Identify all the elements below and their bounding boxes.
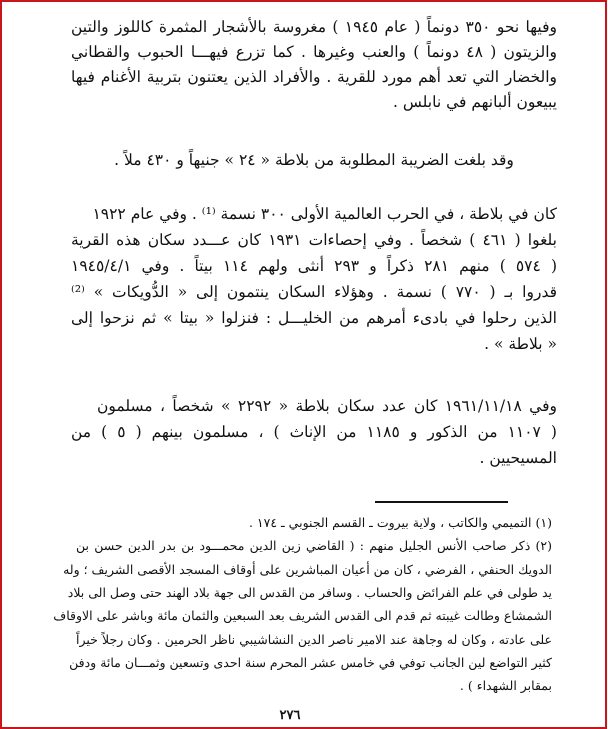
- body-line: قدروا بـ ( ٧٧٠ ) نسمة . وهؤلاء السكان ين…: [71, 281, 557, 303]
- body-line: « بلاطة » .: [71, 333, 557, 355]
- footnote-line: (١) التميمي والكاتب ، ولاية بيروت ـ القس…: [86, 513, 552, 533]
- body-line: ( ١١٠٧ من الذكور و ١١٨٥ من الإناث ) ، مس…: [71, 421, 557, 443]
- body-line: ( ٥٧٤ ) منهم ٢٨١ ذكراً و ٢٩٣ أنثى ولهم ١…: [71, 255, 557, 277]
- footnote-line: (٢) ذكر صاحب الأنس الجليل منهم : ( القاض…: [76, 536, 552, 556]
- body-line: يبيعون ألبانهم في نابلس .: [71, 91, 557, 113]
- footnote-separator: [375, 501, 508, 503]
- footnote-line: الدويك الحنفي ، الفرضي ، كان من أعيان ال…: [76, 560, 552, 580]
- body-line: كان في بلاطة ، في الحرب العالمية الأولى …: [97, 203, 557, 225]
- footnote-line: كثير التواضع لين الجانب توفي في خامس عشر…: [76, 653, 552, 673]
- footnote-line: الشمشاع وطالت غيبته ثم قدم الى القدس الش…: [76, 606, 552, 626]
- footnote-line: بمقابر الشهداء ) .: [76, 676, 552, 696]
- body-line: بلغوا ( ٤٦١ ) شخصاً . وفي إحصاءات ١٩٣١ ك…: [71, 229, 557, 251]
- book-page: وفيها نحو ٣٥٠ دونماً ( عام ١٩٤٥ ) مغروسة…: [0, 0, 608, 729]
- body-line: وقد بلغت الضريبة المطلوبة من بلاطة « ٢٤ …: [71, 149, 557, 171]
- body-line: والزيتون ( ٤٨ دونماً ) والعنب وغيرها . ك…: [71, 41, 557, 63]
- footnote-line: يد طولى في علم الفرائض والحساب . وسافر م…: [76, 583, 552, 603]
- page-number: ٢٧٦: [270, 708, 310, 723]
- body-line: المسيحيين .: [71, 447, 557, 469]
- body-line: والخضار التي تعد أهم مورد للقرية . والأف…: [71, 66, 557, 88]
- body-line: وفيها نحو ٣٥٠ دونماً ( عام ١٩٤٥ ) مغروسة…: [71, 16, 557, 38]
- body-line: الذين رحلوا في بادىء أمرهم من الخليـــل …: [71, 307, 557, 329]
- footnote-line: على عادته ، وكان له وجاهة عند الامير ناص…: [76, 630, 552, 650]
- body-line: وفي ١٩٦١/١١/١٨ كان عدد سكان بلاطة « ٢٢٩٢…: [97, 395, 557, 417]
